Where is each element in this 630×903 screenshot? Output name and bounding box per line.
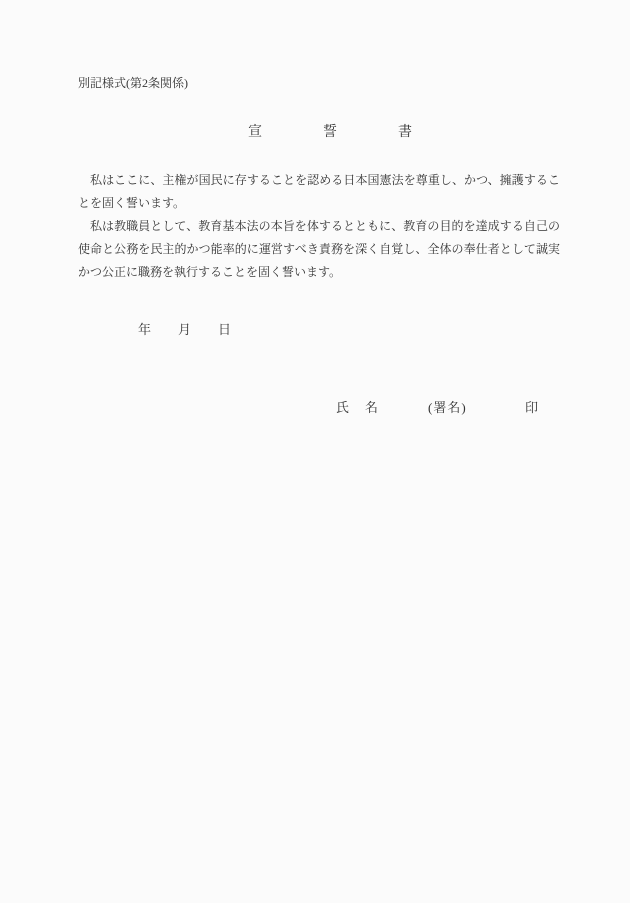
form-style-note: 別記様式(第2条関係) (78, 76, 188, 90)
name-label: 氏名 (336, 401, 394, 415)
date-fill-in-line: 年月日 (138, 323, 258, 337)
oath-body: 私はここに、主権が国民に存することを認める日本国憲法を尊重し、かつ、擁護すること… (78, 169, 560, 284)
signature-label: (署名) (428, 401, 467, 415)
oath-paragraph-duty: 私は教職員として、教育基本法の本旨を体するとともに、教育の目的を達成する自己の使… (78, 215, 560, 284)
signature-line: 氏名 (署名) 印 (0, 401, 630, 417)
seal-label: 印 (525, 401, 538, 415)
oath-document-page: 別記様式(第2条関係) 宣誓書 私はここに、主権が国民に存することを認める日本国… (0, 0, 630, 903)
oath-paragraph-constitution: 私はここに、主権が国民に存することを認める日本国憲法を尊重し、かつ、擁護すること… (78, 169, 560, 215)
document-title: 宣誓書 (248, 126, 473, 140)
